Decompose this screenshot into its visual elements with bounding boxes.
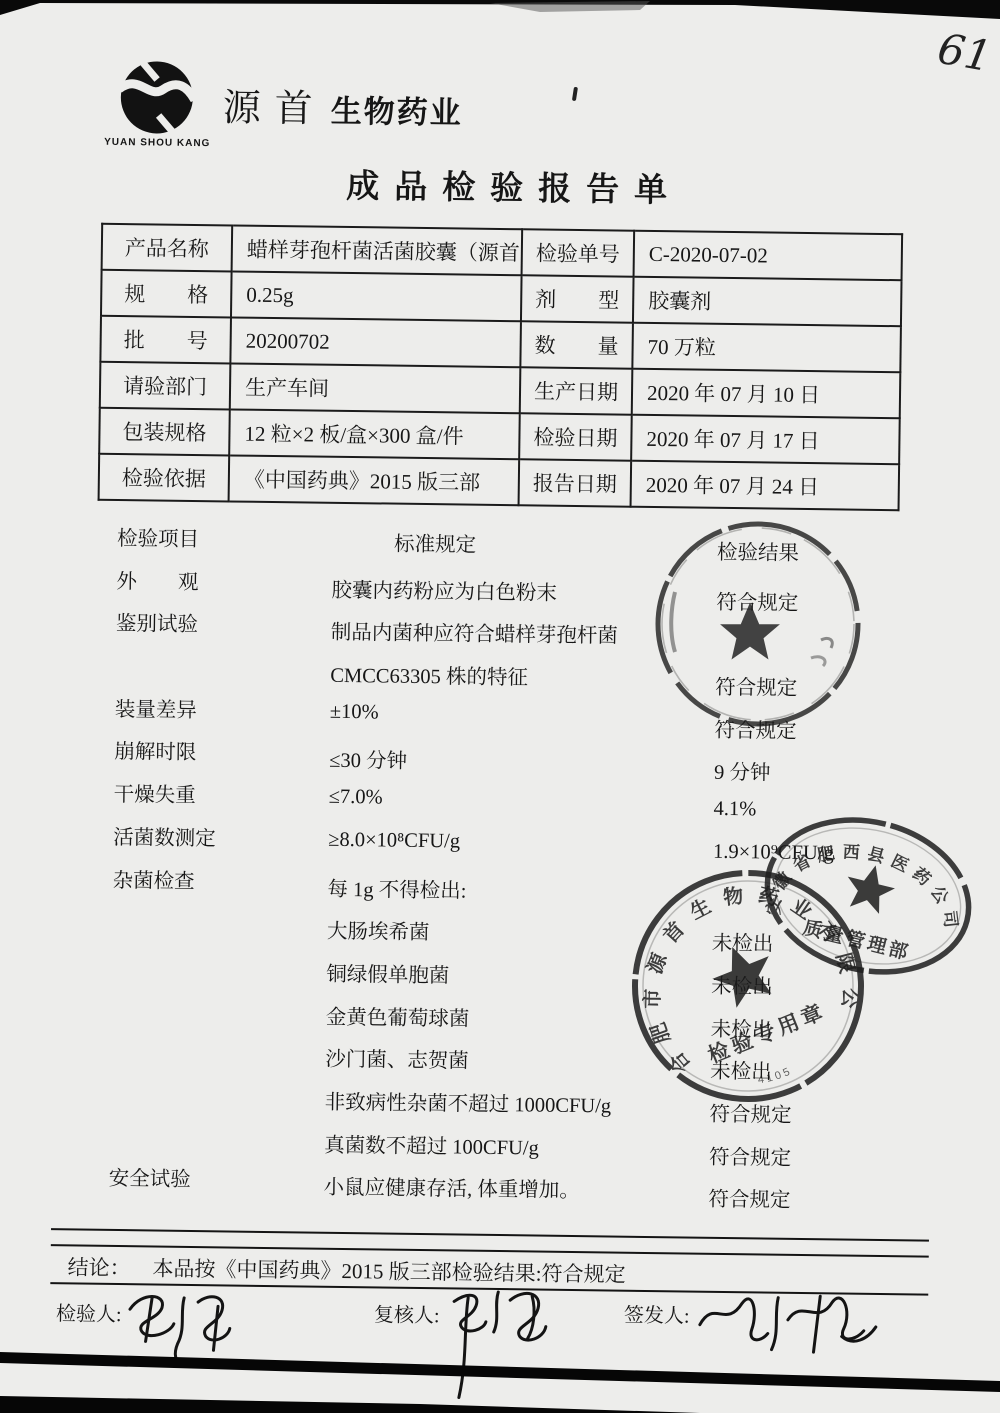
field-value: 70 万粒 — [632, 323, 901, 373]
handwritten-page-number: 61 — [934, 24, 995, 82]
field-label: 剂 型 — [521, 275, 634, 322]
company-logo: YUAN SHOU KANG 源首 生物药业 — [102, 57, 533, 158]
field-value: 2020 年 07 月 10 日 — [632, 369, 901, 419]
inspection-standard: 真菌数不超过 100CFU/g — [324, 1121, 709, 1162]
field-value: 2020 年 07 月 24 日 — [631, 461, 900, 511]
inspector-label: 检验人: — [56, 1297, 122, 1327]
field-value: 《中国药典》2015 版三部 — [229, 455, 520, 505]
inspection-item: 活菌数测定 — [113, 820, 328, 853]
inspection-standard: ≥8.0×10⁸CFU/g — [328, 823, 713, 857]
field-value: 2020 年 07 月 17 日 — [631, 415, 900, 465]
inspection-result: 符合规定 — [709, 1126, 995, 1173]
logo-name-cn2: 生物药业 — [330, 94, 462, 131]
field-value: 蜡样芽孢杆菌活菌胶囊（源首） — [232, 225, 523, 275]
field-value: 20200702 — [230, 317, 521, 367]
inspection-standard: 小鼠应健康存活, 体重增加。 — [323, 1164, 708, 1205]
field-value: C-2020-07-02 — [634, 231, 903, 281]
field-value: 12 粒×2 板/盒×300 盒/件 — [229, 409, 520, 459]
logo-name-cn: 源首 — [222, 87, 327, 130]
field-label: 产品名称 — [102, 224, 233, 272]
field-label: 检验依据 — [99, 454, 230, 502]
inspector-signature — [121, 1283, 252, 1370]
field-value: 0.25g — [231, 271, 522, 321]
field-value: 生产车间 — [230, 363, 521, 413]
inspection-standard: ≤30 分钟 — [329, 737, 714, 778]
field-label: 检验单号 — [522, 229, 635, 276]
field-label: 请验部门 — [100, 362, 231, 410]
inspection-standard: ≤7.0% — [329, 780, 714, 814]
product-info-table: 产品名称 蜡样芽孢杆菌活菌胶囊（源首） 检验单号 C-2020-07-02 规 … — [98, 223, 904, 511]
field-label: 生产日期 — [520, 367, 633, 414]
inspection-item: 干燥失重 — [114, 777, 329, 810]
reviewer-label: 复核人: — [374, 1298, 440, 1328]
inspection-item: 鉴别试验 — [116, 606, 331, 639]
inspection-item: 崩解时限 — [114, 734, 329, 767]
field-label: 批 号 — [100, 316, 231, 364]
svg-text:4105: 4105 — [754, 1062, 794, 1090]
page-title: 成品检验报告单 — [6, 156, 1000, 216]
field-label: 规 格 — [101, 270, 232, 318]
field-label: 报告日期 — [519, 459, 632, 506]
field-value: 胶囊剂 — [633, 277, 902, 327]
field-label: 数 量 — [520, 321, 633, 368]
field-label: 检验日期 — [519, 413, 632, 460]
scanned-report-page: YUAN SHOU KANG 源首 生物药业 成品检验报告单 产品名称 蜡样芽孢… — [0, 0, 1000, 1413]
field-label: 包装规格 — [99, 408, 230, 456]
yuanshou-logo-icon — [112, 59, 201, 136]
qc-department-stamp: 安徽省肥西县医药公司 质量管理部 — [748, 798, 988, 998]
inspection-item: 安全试验 — [109, 1161, 324, 1194]
scan-speck — [572, 87, 578, 101]
issuer-signature — [691, 1285, 882, 1362]
logo-subtitle: YUAN SHOU KANG — [102, 137, 212, 149]
conclusion-label: 结论： — [67, 1255, 130, 1280]
stamp-inner-text: 检验专用章 — [705, 999, 830, 1068]
reviewer-signature — [439, 1279, 571, 1406]
inspection-item: 装量差异 — [115, 692, 330, 725]
stamp-serial: 4105 — [754, 1062, 794, 1090]
result-approval-stamp — [645, 512, 871, 738]
inspection-result: 9 分钟 — [714, 742, 1000, 789]
inspection-item: 外 观 — [116, 564, 331, 597]
inspection-result: 符合规定 — [708, 1169, 994, 1216]
table-row: 检验依据 《中国药典》2015 版三部 报告日期 2020 年 07 月 24 … — [99, 454, 900, 510]
inspection-items-header: 检验项目 — [117, 521, 332, 554]
inspection-item: 杂菌检查 — [112, 862, 327, 895]
divider — [51, 1228, 929, 1241]
issuer-label: 签发人: — [624, 1299, 690, 1329]
